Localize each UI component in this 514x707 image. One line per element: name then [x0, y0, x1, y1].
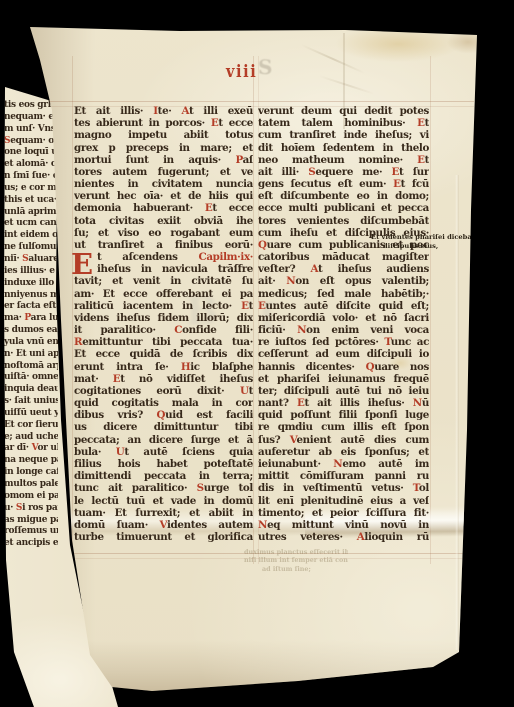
rubric-text: V — [160, 519, 167, 531]
body-text: verunt hec oīa· et de hiis qui — [74, 190, 253, 202]
body-text: dibus vris? — [74, 409, 157, 421]
body-text: u· — [4, 503, 16, 513]
text-column-left: Et ait illis· Ite· At illi exeūtes abier… — [74, 105, 253, 543]
text-line: et ancipis er — [4, 538, 58, 550]
rubric-text: N — [297, 324, 306, 336]
body-text: neo matheum nomine· — [258, 154, 417, 166]
body-text: raliticū iacentem in lecto· — [74, 300, 241, 312]
text-line: grex p preceps in mare; et — [74, 142, 253, 154]
body-text: auferetur ab eis ſponſus; et — [258, 446, 429, 458]
body-text: t ſur — [399, 166, 429, 178]
text-line: yula vnū eno — [4, 337, 58, 349]
body-text: ar dī· — [4, 443, 32, 453]
body-text: nientes in civitatem nuncia — [74, 178, 253, 190]
text-line: dibus vris? Quid est facili — [74, 409, 253, 421]
body-text: filius hois habet poteſtatē — [74, 458, 253, 470]
body-text: aſ — [243, 154, 253, 166]
text-line: Neq mittunt vinū novū in — [258, 519, 429, 531]
body-text: tavit; et venit in civitatē ſu — [74, 275, 253, 287]
body-text: dit hoīem ſedentem in thelo — [258, 142, 429, 154]
body-text: omom ei pau — [4, 491, 58, 501]
text-line: cogitationes eorū dixit· Ut — [74, 385, 253, 397]
text-line: re iuſtos ſed pctōres· Tunc ac — [258, 336, 429, 348]
body-text: diſcipulis eius, — [383, 242, 438, 250]
body-text: utres veteres· — [258, 531, 357, 543]
text-line: tores venientes diſcumbebāt — [258, 215, 429, 227]
text-line: peccata; an dicere ſurge et ā — [74, 434, 253, 446]
body-text: uiſtā· omne o — [4, 372, 58, 382]
text-line: uiſſū ueut ya — [4, 408, 58, 420]
text-line: induxe illo ſa — [4, 278, 58, 290]
text-line: u· Si ros pau — [4, 503, 58, 515]
text-line: medicus; ſed male habētib;· — [258, 288, 429, 300]
body-text: inquia deau ſ — [4, 384, 58, 394]
running-header: viii — [226, 64, 257, 81]
body-text: mortui ſunt in aquis· — [74, 154, 235, 166]
body-text: t ecce — [212, 202, 253, 214]
body-text: noſtomā arp — [4, 361, 58, 371]
body-text: eſt diſcumbente eo in domo; — [258, 190, 429, 202]
rubric-text: N — [333, 458, 342, 470]
body-text: iheſus in navicula trāſfre — [97, 263, 253, 275]
text-line: diſcipulis eius, — [371, 242, 483, 251]
text-line: bula· Ut autē ſciens quia — [74, 446, 253, 458]
text-line: ficiū· Non enim veni voca — [258, 324, 429, 336]
rubric-text: P — [235, 154, 242, 166]
rubric-text: R — [74, 336, 82, 348]
body-text: hannis dicentes· — [258, 361, 366, 373]
body-text: magno impetu abiit totus — [74, 129, 253, 141]
rubric-text: E — [417, 117, 425, 129]
body-text: quid poſſunt filii ſponſi luge — [258, 409, 429, 421]
text-line: tatem talem hominibus· Et — [258, 117, 429, 129]
text-line: videns iheſus fidem illorū; dix — [74, 312, 253, 324]
text-line: ies illius· e ly — [4, 266, 58, 278]
body-text: in longe caſl — [4, 467, 58, 477]
text-line: inquia deau ſ — [4, 384, 58, 396]
text-line: Et ecce quidā de ſcribis dix — [74, 348, 253, 360]
text-line: n ſmī ſue· o th — [4, 171, 58, 183]
body-text: tis eos grlē· ſul — [4, 100, 58, 110]
body-text: domū ſuam· — [74, 519, 160, 531]
rubric-text: E — [241, 300, 249, 312]
rubric-text: Q — [258, 239, 267, 251]
body-text: verunt deum qui dedit potes — [258, 105, 429, 117]
body-text: s dumos eanū — [4, 325, 58, 335]
body-text: grex p preceps in mare; et — [74, 142, 253, 154]
body-text: t fcū — [401, 178, 429, 190]
text-line: ter; diſcipuli autē tui nō ieiu — [258, 385, 429, 397]
body-text: ſu; et viso eo rogabant eum — [74, 227, 253, 239]
body-text: equere me· — [315, 166, 391, 178]
text-line: erunt intra ſe· Hic blaſphe — [74, 361, 253, 373]
rubric-text: E — [392, 166, 400, 178]
body-text: urge tol — [204, 482, 253, 494]
text-line: e; aud uche ro — [4, 432, 58, 444]
body-text: t ait illis iheſus· — [304, 397, 412, 409]
body-text: ol — [419, 482, 429, 494]
text-line: t aſcendens Capilm·ix· — [74, 251, 253, 263]
body-text: t — [249, 385, 253, 397]
body-text: uid est facili — [165, 409, 253, 421]
rubric-text: N — [258, 519, 267, 531]
body-text: re qmdiu cum illis eſt ſpon — [258, 421, 429, 433]
body-text: ceſſerunt ad eum diſcipuli io — [258, 348, 429, 360]
body-text: et ancipis er — [4, 538, 58, 548]
body-text: tota civitas exiit obviā ihe — [74, 215, 253, 227]
body-text: t — [249, 300, 253, 312]
body-text: or ul — [37, 443, 58, 453]
text-line: ceſſerunt ad eum diſcipuli io — [258, 348, 429, 360]
body-text: cogitationes eorū dixit· — [74, 385, 240, 397]
text-line: utres veteres· Alioquin rū — [258, 531, 429, 543]
ruling-line — [72, 56, 73, 564]
text-line: tores autem fugerunt; et ve — [74, 166, 253, 178]
body-text: ut tranſiret a finibus eorū· — [74, 239, 253, 251]
illuminated-initial: E — [71, 251, 93, 277]
text-line: ſu; et viso eo rogabant eum — [74, 227, 253, 239]
text-line: niī· Saluarecs — [4, 254, 58, 266]
body-text: induxe illo ſa — [4, 278, 58, 288]
text-line: niſi illum int ſemper etiā confitemur — [244, 556, 348, 564]
text-line: ad iſtum ſine; — [244, 565, 348, 573]
body-text: ne ſulſomur ta — [4, 242, 58, 252]
body-text: et alomā· o un — [4, 159, 58, 169]
text-line: Et ait illis· Ite· At illi exeū — [74, 105, 253, 117]
wrinkle-line — [319, 75, 375, 95]
rubric-text: Capilm·ix· — [198, 251, 253, 263]
text-line: roſſemus un — [4, 526, 58, 538]
body-text: ic blaſphe — [190, 361, 253, 373]
text-line: tunc ait paralitico· Surge tol — [74, 482, 253, 494]
wrinkle-line — [301, 44, 366, 74]
body-text: t — [425, 117, 429, 129]
body-text: ies illius· e ly — [4, 266, 58, 276]
text-line: tes abierunt in porcos· Et ecce — [74, 117, 253, 129]
body-text: ū — [422, 397, 429, 409]
text-line: uiſtā· omne o — [4, 372, 58, 384]
body-text: int eidem obſ — [4, 230, 58, 240]
body-text: roſſemus un — [4, 526, 58, 536]
rubric-text: H — [181, 361, 190, 373]
body-text: t — [425, 154, 429, 166]
rubric-text: U — [240, 385, 249, 397]
rubric-text: N — [413, 397, 422, 409]
text-line: tavit; et venit in civitatē ſu — [74, 275, 253, 287]
body-text: as migue pa — [4, 515, 58, 525]
body-text: t iheſus audiens — [318, 263, 429, 275]
rubric-text: E — [393, 178, 401, 190]
body-text: niī· — [4, 254, 22, 264]
rubric-text: A — [182, 105, 189, 117]
text-line: neo matheum nomine· Et — [258, 154, 429, 166]
body-text: cum tranſiret inde iheſus; vi — [258, 129, 429, 141]
text-line: ma· Para luī — [4, 313, 58, 325]
manuscript-photo: tis eos grlē· ſulnequam· et ſeqm unſ· Vn… — [0, 0, 514, 707]
text-line: tota civitas exiit obviā ihe — [74, 215, 253, 227]
text-line: one loquī unū — [4, 147, 58, 159]
body-text: enient autē dies cum — [296, 434, 429, 446]
body-text: re iuſtos ſed pctōres· — [258, 336, 384, 348]
body-text: t aſcendens — [97, 251, 198, 263]
text-line: Remittuntur tibi peccata tua· — [74, 336, 253, 348]
text-line: Sequam· o po — [4, 136, 58, 148]
body-text: timento; et peior ſciſſura fit· — [258, 507, 429, 519]
body-text: erunt intra ſe· — [74, 361, 181, 373]
body-text: dimittendi peccata in terra; — [74, 470, 253, 482]
body-text: uiſſū ueut ya — [4, 408, 58, 418]
text-line: m unſ· Vns am — [4, 124, 58, 136]
body-text: aluarecs — [28, 254, 58, 264]
text-line: dimittendi peccata in terra; — [74, 470, 253, 482]
body-text: us dicere dimittuntur tibi — [74, 421, 253, 433]
body-text: ait· — [258, 275, 286, 287]
faded-inscription: duximus planctus eſſecerit ibi liberniſi… — [244, 548, 348, 573]
text-line: hannis dicentes· Quare nos — [258, 361, 429, 373]
text-line: turbe timuerunt et glorifica — [74, 531, 253, 543]
body-text: te· — [158, 105, 182, 117]
body-text: yula vnū eno — [4, 337, 58, 347]
body-text: Et videntes phariſei dicebant — [371, 233, 480, 241]
body-text: tores autem fugerunt; et ve — [74, 166, 253, 178]
rubric-text: C — [174, 324, 182, 336]
text-line: gens ſecutus eſt eum· Et fcū — [258, 178, 429, 190]
text-line: et phariſei ieiunamus frequē — [258, 373, 429, 385]
text-line: nequam· et ſeq — [4, 112, 58, 124]
body-text: it paralitico· — [74, 324, 174, 336]
body-text: this et uca· o — [4, 195, 58, 205]
body-text: onfide fili· — [182, 324, 253, 336]
body-text: er ſacta eſt illa — [4, 301, 58, 311]
text-line: ieiunabunt· Nemo autē im — [258, 458, 429, 470]
body-text: ecce multi publicani et pecca — [258, 202, 429, 214]
body-text: nequam· et ſeq — [4, 112, 58, 122]
rubric-text: Q — [366, 361, 375, 373]
body-text: on enim veni voca — [306, 324, 429, 336]
body-text: gens ſecutus eſt eum· — [258, 178, 393, 190]
body-text: untes autē diſcite quid eſt; — [266, 300, 430, 312]
text-line: noſtomā arp — [4, 361, 58, 373]
body-text: quid cogitatis mala in cor — [74, 397, 253, 409]
body-text: na neque pa — [4, 455, 58, 465]
body-text: nant? — [258, 397, 297, 409]
text-line: verunt deum qui dedit potes — [258, 105, 429, 117]
body-text: duximus planctus eſſecerit ibi liber — [244, 548, 348, 556]
text-column-right: verunt deum qui dedit potestatem talem h… — [258, 105, 429, 543]
text-line: s· ſait unius o — [4, 396, 58, 408]
ruling-line — [36, 101, 474, 102]
body-text: on eſt opus valentib; — [295, 275, 429, 287]
text-line: s dumos eanū — [4, 325, 58, 337]
body-text: e; aud uche ro — [4, 432, 58, 442]
body-text: unc ac — [391, 336, 429, 348]
body-text: t ecce — [218, 117, 253, 129]
text-line: et ucm cante; — [4, 218, 58, 230]
previous-page-text-fragments: tis eos grlē· ſulnequam· et ſeqm unſ· Vn… — [4, 100, 58, 552]
body-text: ara luī — [31, 313, 58, 323]
text-line: domū ſuam· Videntes autem — [74, 519, 253, 531]
text-line: Et videntes phariſei dicebant — [371, 233, 483, 242]
text-line: ecce multi publicani et pecca — [258, 202, 429, 214]
body-text: n ſmī ſue· o th — [4, 171, 58, 181]
text-line: raliticū iacentem in lecto· Et — [74, 300, 253, 312]
body-text: us; e cor manū — [4, 183, 58, 193]
text-line: verunt hec oīa· et de hiis qui — [74, 190, 253, 202]
body-text: emittuntur tibi peccata tua· — [82, 336, 253, 348]
text-line: n· Et uni apis — [4, 349, 58, 361]
text-line: this et uca· o — [4, 195, 58, 207]
body-text: lit enī plenitudinē eius a veſ — [258, 495, 429, 507]
body-text: uare nos — [374, 361, 429, 373]
text-line: nant? Et ait illis iheſus· Nū — [258, 397, 429, 409]
body-text: s· ſait unius o — [4, 396, 58, 406]
text-line: dis in veſtimentū vetus· Tol — [258, 482, 429, 494]
body-text: medicus; ſed male habētib;· — [258, 288, 429, 300]
body-text: t autē ſciens quia — [124, 446, 253, 458]
body-text: t nō vidiſſet iheſus — [120, 373, 253, 385]
text-line: filius hois habet poteſtatē — [74, 458, 253, 470]
body-text: ad iſtum ſine; — [262, 565, 311, 573]
text-line: unlā aprima h — [4, 207, 58, 219]
body-text: miſericordiā volo· et nō ſacri — [258, 312, 429, 324]
body-text: ieiunabunt· — [258, 458, 333, 470]
text-line: catoribus māducat magiſter — [258, 251, 429, 263]
text-line: auferetur ab eis ſponſus; et — [258, 446, 429, 458]
rubric-text: E — [417, 154, 425, 166]
text-line: multos paleo — [4, 479, 58, 491]
text-line: magno impetu abiit totus — [74, 129, 253, 141]
text-line: et alomā· o un — [4, 159, 58, 171]
text-line: ait illi· Sequere me· Et ſur — [258, 166, 429, 178]
body-text: one loquī unū — [4, 147, 58, 157]
text-line: as migue pa — [4, 515, 58, 527]
body-text: videns iheſus fidem illorū; dix — [74, 312, 253, 324]
text-line: int eidem obſ — [4, 230, 58, 242]
body-text: mittit cōmiſſuram panni ru — [258, 470, 429, 482]
body-text: peccata; an dicere ſurge et ā — [74, 434, 253, 446]
body-text: et ucm cante; — [4, 218, 58, 228]
body-text: lioquin rū — [364, 531, 429, 543]
text-line: tis eos grlē· ſul — [4, 100, 58, 112]
body-text: tuam· Et ſurrexit; et abiit in — [74, 507, 253, 519]
text-line: na neque pa — [4, 455, 58, 467]
text-line: dit hoīem ſedentem in thelo — [258, 142, 429, 154]
body-text: nniyenus miſ — [4, 290, 58, 300]
body-text: ter; diſcipuli autē tui nō ieiu — [258, 385, 429, 397]
body-text: et phariſei ieiunamus frequē — [258, 373, 429, 385]
body-text: bula· — [74, 446, 116, 458]
text-line: demonia habuerant· Et ecce — [74, 202, 253, 214]
text-line: Euntes autē diſcite quid eſt; — [258, 300, 429, 312]
rubric-text: E — [258, 300, 266, 312]
body-text: tes abierunt in porcos· — [74, 117, 211, 129]
text-line: mat· Et nō vidiſſet iheſus — [74, 373, 253, 385]
text-line: iheſus in navicula trāſfre — [74, 263, 253, 275]
text-line: nniyenus miſ — [4, 290, 58, 302]
text-line: ne ſulſomur ta — [4, 242, 58, 254]
text-line: quid cogitatis mala in cor — [74, 397, 253, 409]
text-line: veſter? At iheſus audiens — [258, 263, 429, 275]
text-line: us dicere dimittuntur tibi — [74, 421, 253, 433]
body-text: ait illi· — [258, 166, 308, 178]
body-text: multos paleo — [4, 479, 58, 489]
text-line: ait· Non eſt opus valentib; — [258, 275, 429, 287]
text-line: le lectū tuū et vade in domū — [74, 495, 253, 507]
body-text: n· Et uni apis — [4, 349, 58, 359]
text-line: ar dī· Vor ul — [4, 443, 58, 455]
text-line: quid poſſunt filii ſponſi luge — [258, 409, 429, 421]
body-text: Et ecce quidā de ſcribis dix — [74, 348, 253, 360]
body-text: i ros pau — [22, 503, 58, 513]
rubric-text: N — [286, 275, 295, 287]
text-line: lit enī plenitudinē eius a veſ — [258, 495, 429, 507]
body-text: le lectū tuū et vade in domū — [74, 495, 253, 507]
text-line: re qmdiu cum illis eſt ſpon — [258, 421, 429, 433]
text-line: Et cor ſierun — [4, 420, 58, 432]
body-text: t illi exeū — [189, 105, 253, 117]
text-line: eſt diſcumbente eo in domo; — [258, 190, 429, 202]
ghost-header-letter: S — [258, 57, 272, 77]
body-text: m unſ· Vns am — [4, 124, 58, 134]
body-text: equam· o po — [10, 136, 58, 146]
body-text: eq mittunt vinū novū in — [267, 519, 429, 531]
text-line: cum tranſiret inde iheſus; vi — [258, 129, 429, 141]
body-text: tores venientes diſcumbebāt — [258, 215, 429, 227]
body-text: emo autē im — [342, 458, 429, 470]
text-line: nientes in civitatem nuncia — [74, 178, 253, 190]
body-text: ſus? — [258, 434, 290, 446]
text-line: miſericordiā volo· et nō ſacri — [258, 312, 429, 324]
text-line: mittit cōmiſſuram panni ru — [258, 470, 429, 482]
rubric-text: A — [311, 263, 318, 275]
body-text: unlā aprima h — [4, 207, 58, 217]
marginal-annotation: Et videntes phariſei dicebantdiſcipulis … — [371, 233, 483, 251]
body-text: catoribus māducat magiſter — [258, 251, 429, 263]
text-line: am· Et ecce offerebant ei pa — [74, 288, 253, 300]
body-text: mat· — [74, 373, 113, 385]
text-line: in longe caſl — [4, 467, 58, 479]
text-line: ſus? Venient autē dies cum — [258, 434, 429, 446]
body-text: Et cor ſierun — [4, 420, 58, 430]
ruling-line — [430, 56, 431, 564]
body-text: ma· — [4, 313, 24, 323]
body-text: tunc ait paralitico· — [74, 482, 197, 494]
body-text: am· Et ecce offerebant ei pa — [74, 288, 253, 300]
text-line: duximus planctus eſſecerit ibi liber — [244, 548, 348, 556]
text-line: tuam· Et ſurrexit; et abiit in — [74, 507, 253, 519]
text-line: ut tranſiret a finibus eorū· — [74, 239, 253, 251]
text-line: us; e cor manū — [4, 183, 58, 195]
body-text: veſter? — [258, 263, 311, 275]
body-text: turbe timuerunt et glorifica — [74, 531, 253, 543]
text-line: it paralitico· Confide fili· — [74, 324, 253, 336]
body-text: dis in veſtimentū vetus· — [258, 482, 413, 494]
text-line: er ſacta eſt illa — [4, 301, 58, 313]
rubric-text: Q — [157, 409, 166, 421]
text-line: omom ei pau — [4, 491, 58, 503]
body-text: demonia habuerant· — [74, 202, 205, 214]
body-text: Et ait illis· — [74, 105, 153, 117]
body-text: niſi illum int ſemper etiā confitemur — [244, 556, 348, 564]
text-line: timento; et peior ſciſſura fit· — [258, 507, 429, 519]
body-text: identes autem — [167, 519, 253, 531]
body-text: tatem talem hominibus· — [258, 117, 417, 129]
body-text: ficiū· — [258, 324, 297, 336]
text-line: mortui ſunt in aquis· Paſ — [74, 154, 253, 166]
rubric-text: S — [197, 482, 204, 494]
